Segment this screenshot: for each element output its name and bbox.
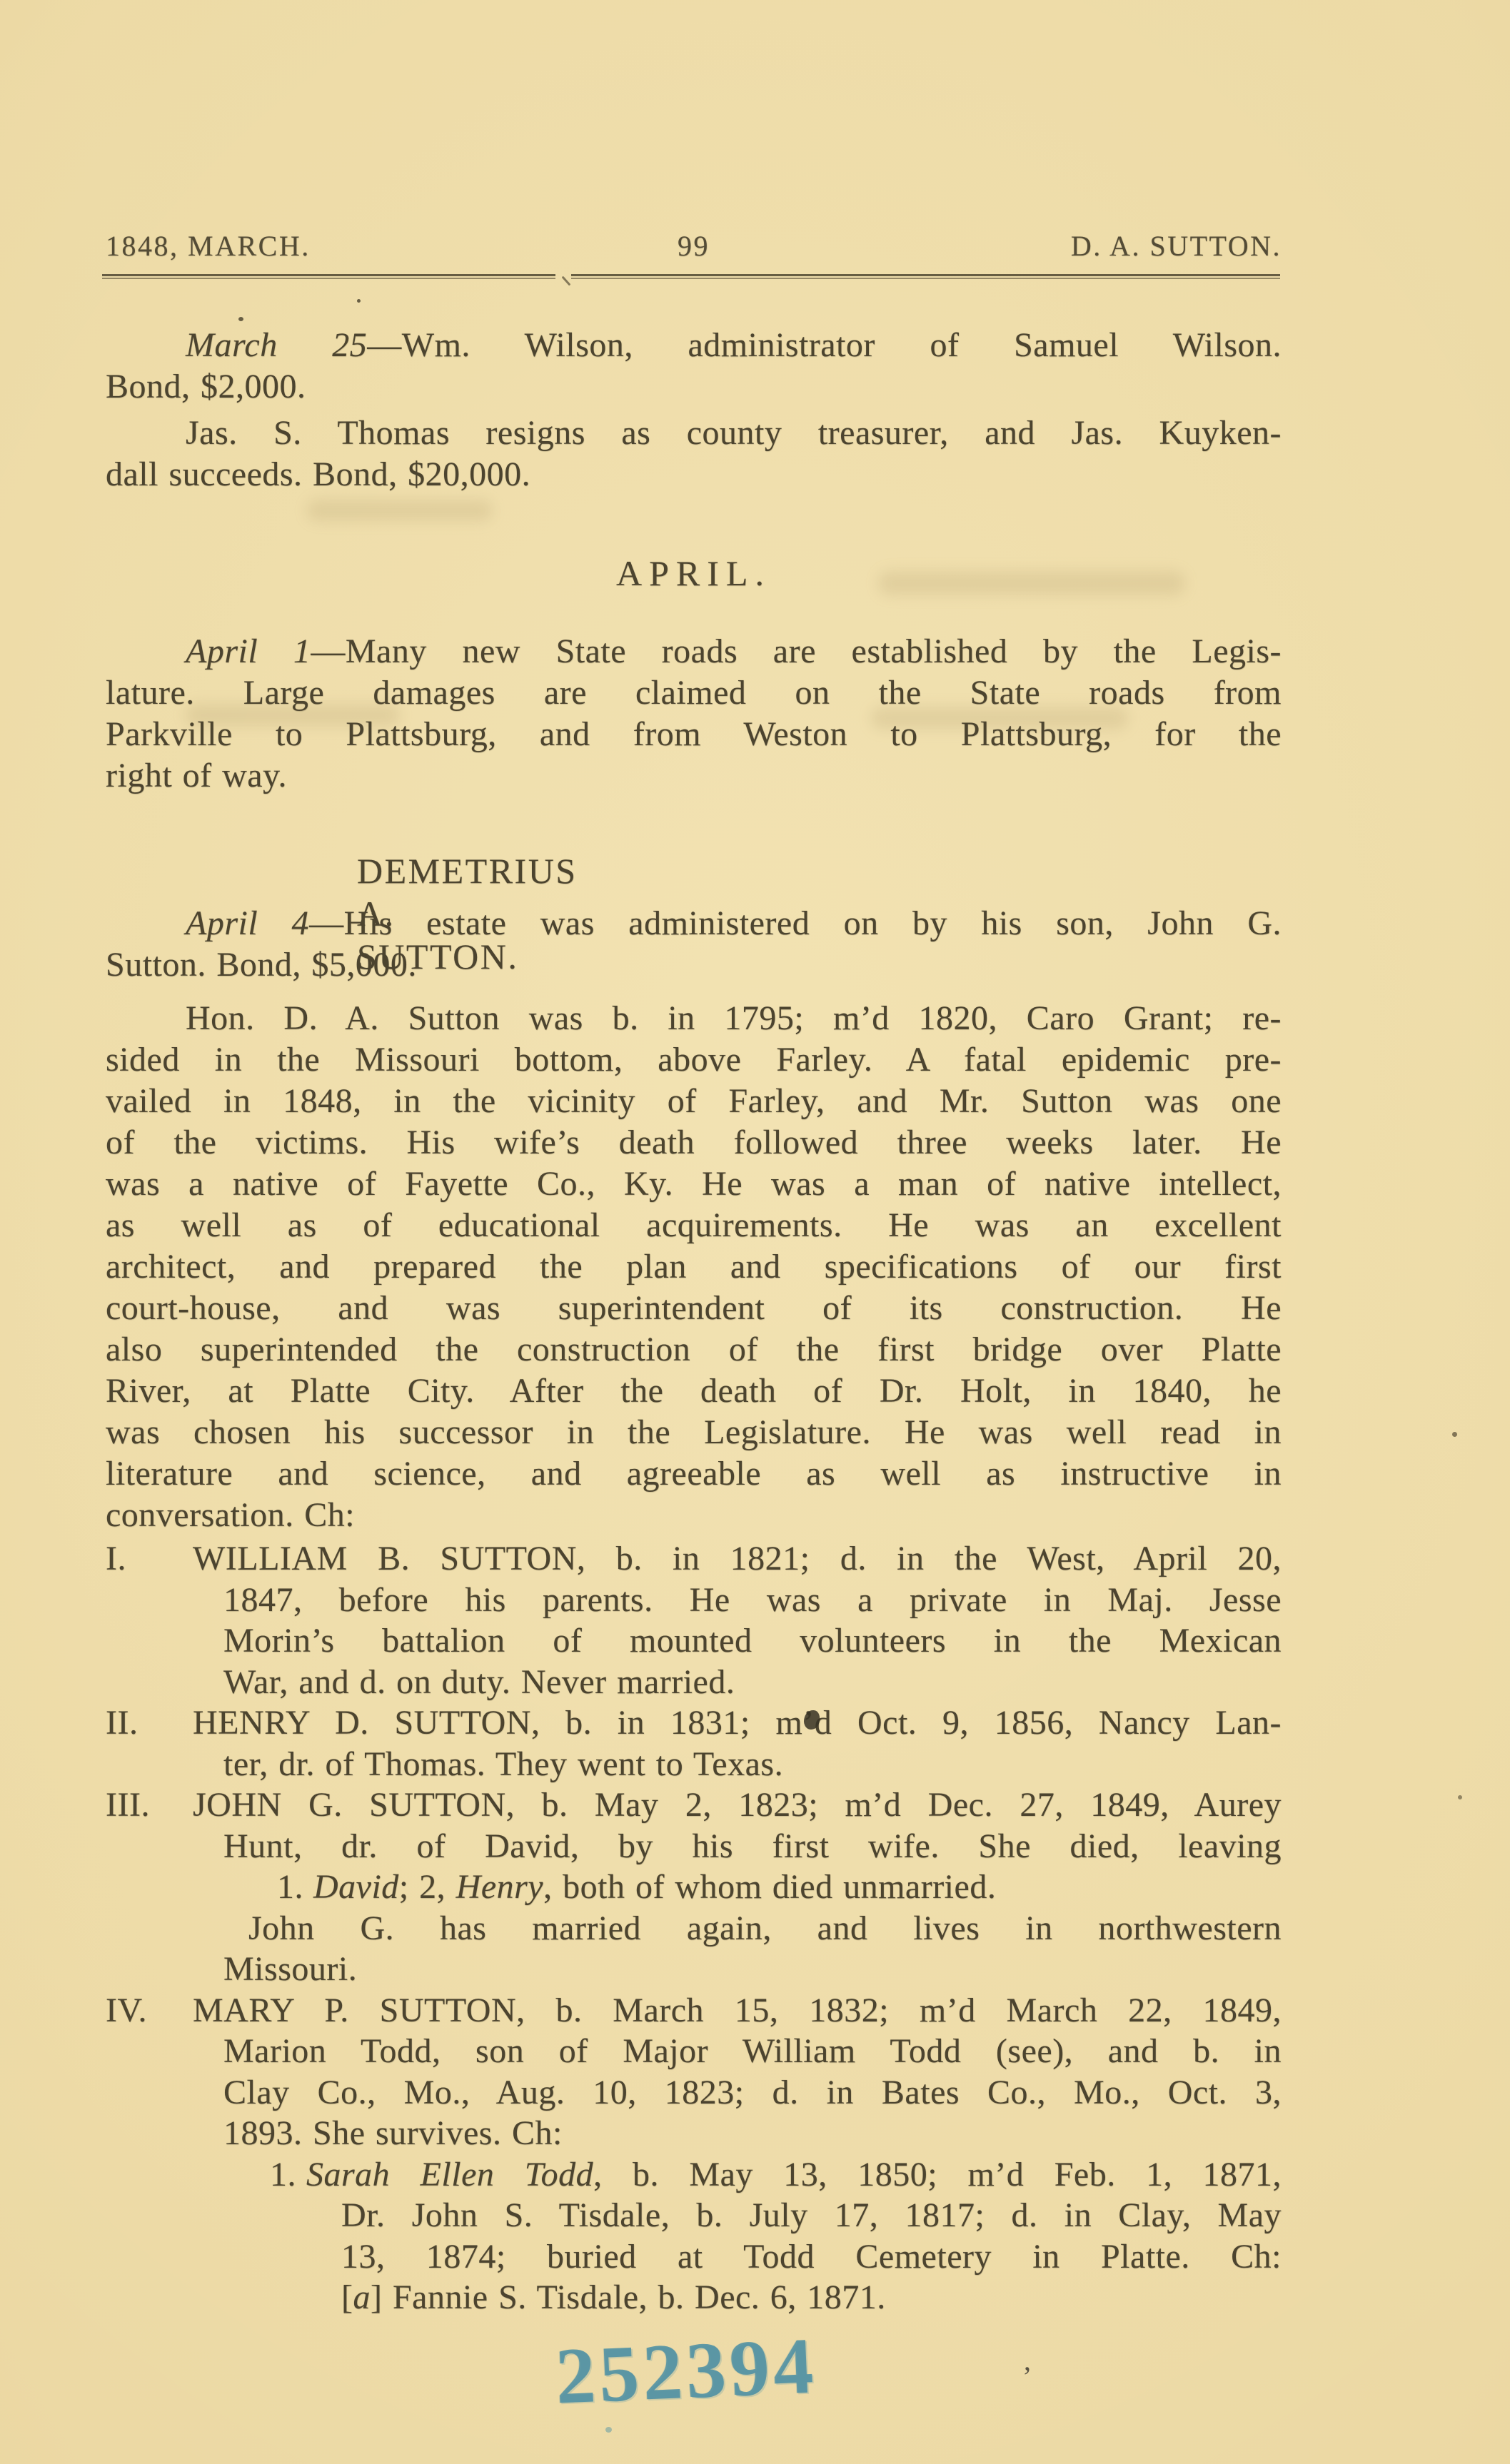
text-line: Dr. John S. Tisdale, b. July 17, 1817; d… xyxy=(341,2195,1282,2236)
text-line: Parkville to Plattsburg, and from Weston… xyxy=(106,714,1282,755)
text-line: [a] Fannie S. Tisdale, b. Dec. 6, 1871. xyxy=(341,2277,1282,2318)
text-line: lature. Large damages are claimed on the… xyxy=(106,672,1282,714)
paragraph-april-1: April 1—Many new State roads are establi… xyxy=(106,631,1282,797)
date-lead-italic: April 4 xyxy=(186,904,309,942)
accession-number-stamp: 252394 xyxy=(554,2326,818,2416)
text-line: Hunt, dr. of David, by his first wife. S… xyxy=(223,1826,1282,1867)
child-name-italic: Henry xyxy=(456,1868,543,1906)
text-line: was a native of Fayette Co., Ky. He was … xyxy=(106,1163,1282,1205)
text-segment: —His estate was administered on by his s… xyxy=(309,904,1282,942)
divider-right-segment xyxy=(571,274,1280,279)
sub-sub-letter-italic: a xyxy=(353,2278,371,2316)
text-line: 13, 1874; buried at Todd Cemetery in Pla… xyxy=(341,2236,1282,2278)
ink-mark: ’ xyxy=(1022,2360,1032,2393)
paragraph-thomas-resigns: Jas. S. Thomas resigns as county treasur… xyxy=(106,413,1282,495)
text-line: 1.David; 2, Henry, both of whom died unm… xyxy=(277,1867,1282,1908)
text-line: 1.Sarah Ellen Todd, b. May 13, 1850; m’d… xyxy=(270,2154,1282,2196)
text-line: 1893. She survives. Ch: xyxy=(223,2113,1282,2154)
text-segment: —Many new State roads are established by… xyxy=(311,632,1282,670)
list-numeral: II. xyxy=(106,1702,178,1744)
text-line: sided in the Missouri bottom, above Farl… xyxy=(106,1039,1282,1081)
text-line: conversation. Ch: xyxy=(106,1495,1282,1536)
text-line: III.JOHN G. SUTTON, b. May 2, 1823; m’d … xyxy=(106,1784,1282,1826)
text-line: I.WILLIAM B. SUTTON, b. in 1821; d. in t… xyxy=(106,1538,1282,1580)
show-through-smudge xyxy=(307,500,493,521)
list-item-john-g-sutton: III.JOHN G. SUTTON, b. May 2, 1823; m’d … xyxy=(106,1784,1282,1990)
text-line: was chosen his successor in the Legislat… xyxy=(106,1412,1282,1453)
text-line: literature and science, and agreeable as… xyxy=(106,1453,1282,1495)
text-line: Jas. S. Thomas resigns as county treasur… xyxy=(106,413,1282,454)
paragraph-april-4: April 4—His estate was administered on b… xyxy=(106,903,1282,986)
text-line: II.HENRY D. SUTTON, b. in 1831; m’d Oct.… xyxy=(106,1702,1282,1744)
ink-speck xyxy=(238,317,243,321)
text-line: Marion Todd, son of Major William Todd (… xyxy=(223,2031,1282,2072)
divider-left-segment xyxy=(102,274,555,279)
text-line: Hon. D. A. Sutton was b. in 1795; m’d 18… xyxy=(106,998,1282,1039)
sub-list-numeral: 1. xyxy=(270,2156,296,2193)
page-number: 99 xyxy=(678,230,710,263)
child-name-italic: Sarah Ellen Todd xyxy=(306,2156,593,2193)
list-numeral: IV. xyxy=(106,1990,178,2031)
text-line: IV.MARY P. SUTTON, b. March 15, 1832; m’… xyxy=(106,1990,1282,2031)
text-line: 1847, before his parents. He was a priva… xyxy=(223,1580,1282,1621)
book-page-scan: 1848, MARCH. 99 D. A. SUTTON. March 25—W… xyxy=(0,0,1510,2464)
page-header: 1848, MARCH. 99 D. A. SUTTON. xyxy=(106,230,1282,263)
text-line: War, and d. on duty. Never married. xyxy=(223,1662,1282,1703)
date-lead-italic: April 1 xyxy=(186,632,311,670)
text-line: right of way. xyxy=(106,755,1282,797)
text-line: architect, and prepared the plan and spe… xyxy=(106,1246,1282,1288)
text-segment: MARY P. SUTTON, b. March 15, 1832; m’d M… xyxy=(193,1991,1282,2029)
text-line: as well as of educational acquirements. … xyxy=(106,1205,1282,1246)
text-line: March 25—Wm. Wilson, administrator of Sa… xyxy=(106,325,1282,366)
list-numeral: III. xyxy=(106,1784,178,1826)
divider-ink-tick xyxy=(562,276,571,286)
text-line: Sutton. Bond, $5,000. xyxy=(106,944,1282,986)
text-segment: ] Fannie S. Tisdale, b. Dec. 6, 1871. xyxy=(371,2278,886,2316)
ink-speck xyxy=(1452,1432,1457,1437)
text-line: of the victims. His wife’s death followe… xyxy=(106,1122,1282,1163)
text-segment: WILLIAM B. SUTTON, b. in 1821; d. in the… xyxy=(193,1540,1282,1577)
date-lead-italic: March 25 xyxy=(186,326,367,364)
text-line: Clay Co., Mo., Aug. 10, 1823; d. in Bate… xyxy=(223,2072,1282,2114)
child-name-italic: David xyxy=(313,1868,399,1906)
text-segment: , both of whom died unmarried. xyxy=(543,1868,996,1906)
text-line: ter, dr. of Thomas. They went to Texas. xyxy=(223,1744,1282,1785)
text-line: Bond, $2,000. xyxy=(106,366,1282,408)
children-list: I.WILLIAM B. SUTTON, b. in 1821; d. in t… xyxy=(106,1538,1282,2318)
text-line: also superintended the construction of t… xyxy=(106,1329,1282,1370)
paragraph-march-25: March 25—Wm. Wilson, administrator of Sa… xyxy=(106,325,1282,408)
ink-speck xyxy=(1458,1795,1462,1799)
text-line: John G. has married again, and lives in … xyxy=(248,1908,1282,1949)
bracket-open: [ xyxy=(341,2278,353,2316)
running-head-subject: D. A. SUTTON. xyxy=(710,230,1282,263)
text-line: court-house, and was superintendent of i… xyxy=(106,1288,1282,1329)
text-segment: JOHN G. SUTTON, b. May 2, 1823; m’d Dec.… xyxy=(193,1786,1282,1824)
header-divider xyxy=(102,274,1280,280)
text-line: April 4—His estate was administered on b… xyxy=(106,903,1282,944)
sub-list-numeral: 1. xyxy=(277,1868,303,1906)
text-segment: HENRY D. SUTTON, b. in 1831; m’d Oct. 9,… xyxy=(193,1704,1282,1742)
text-line: April 1—Many new State roads are establi… xyxy=(106,631,1282,672)
text-segment: —Wm. Wilson, administrator of Samuel Wil… xyxy=(367,326,1282,364)
text-line: dall succeeds. Bond, $20,000. xyxy=(106,454,1282,495)
text-segment: , b. May 13, 1850; m’d Feb. 1, 1871, xyxy=(593,2156,1282,2193)
text-line: Missouri. xyxy=(223,1949,1282,1990)
text-segment: ; 2, xyxy=(399,1868,456,1906)
list-item-henry-d-sutton: II.HENRY D. SUTTON, b. in 1831; m’d Oct.… xyxy=(106,1702,1282,1784)
list-numeral: I. xyxy=(106,1538,178,1580)
text-line: Morin’s battalion of mounted volunteers … xyxy=(223,1620,1282,1662)
text-line: River, at Platte City. After the death o… xyxy=(106,1370,1282,1412)
ink-speck xyxy=(357,299,361,303)
running-head-date: 1848, MARCH. xyxy=(106,230,678,263)
list-item-william-b-sutton: I.WILLIAM B. SUTTON, b. in 1821; d. in t… xyxy=(106,1538,1282,1702)
stamp-ink-speck xyxy=(605,2427,612,2433)
section-heading-april: APRIL. xyxy=(106,552,1282,595)
paragraph-biography: Hon. D. A. Sutton was b. in 1795; m’d 18… xyxy=(106,998,1282,1536)
section-heading-demetrius-a-sutton: DEMETRIUS A. SUTTON. xyxy=(357,849,361,853)
text-line: vailed in 1848, in the vicinity of Farle… xyxy=(106,1081,1282,1122)
list-item-mary-p-sutton: IV.MARY P. SUTTON, b. March 15, 1832; m’… xyxy=(106,1990,1282,2318)
